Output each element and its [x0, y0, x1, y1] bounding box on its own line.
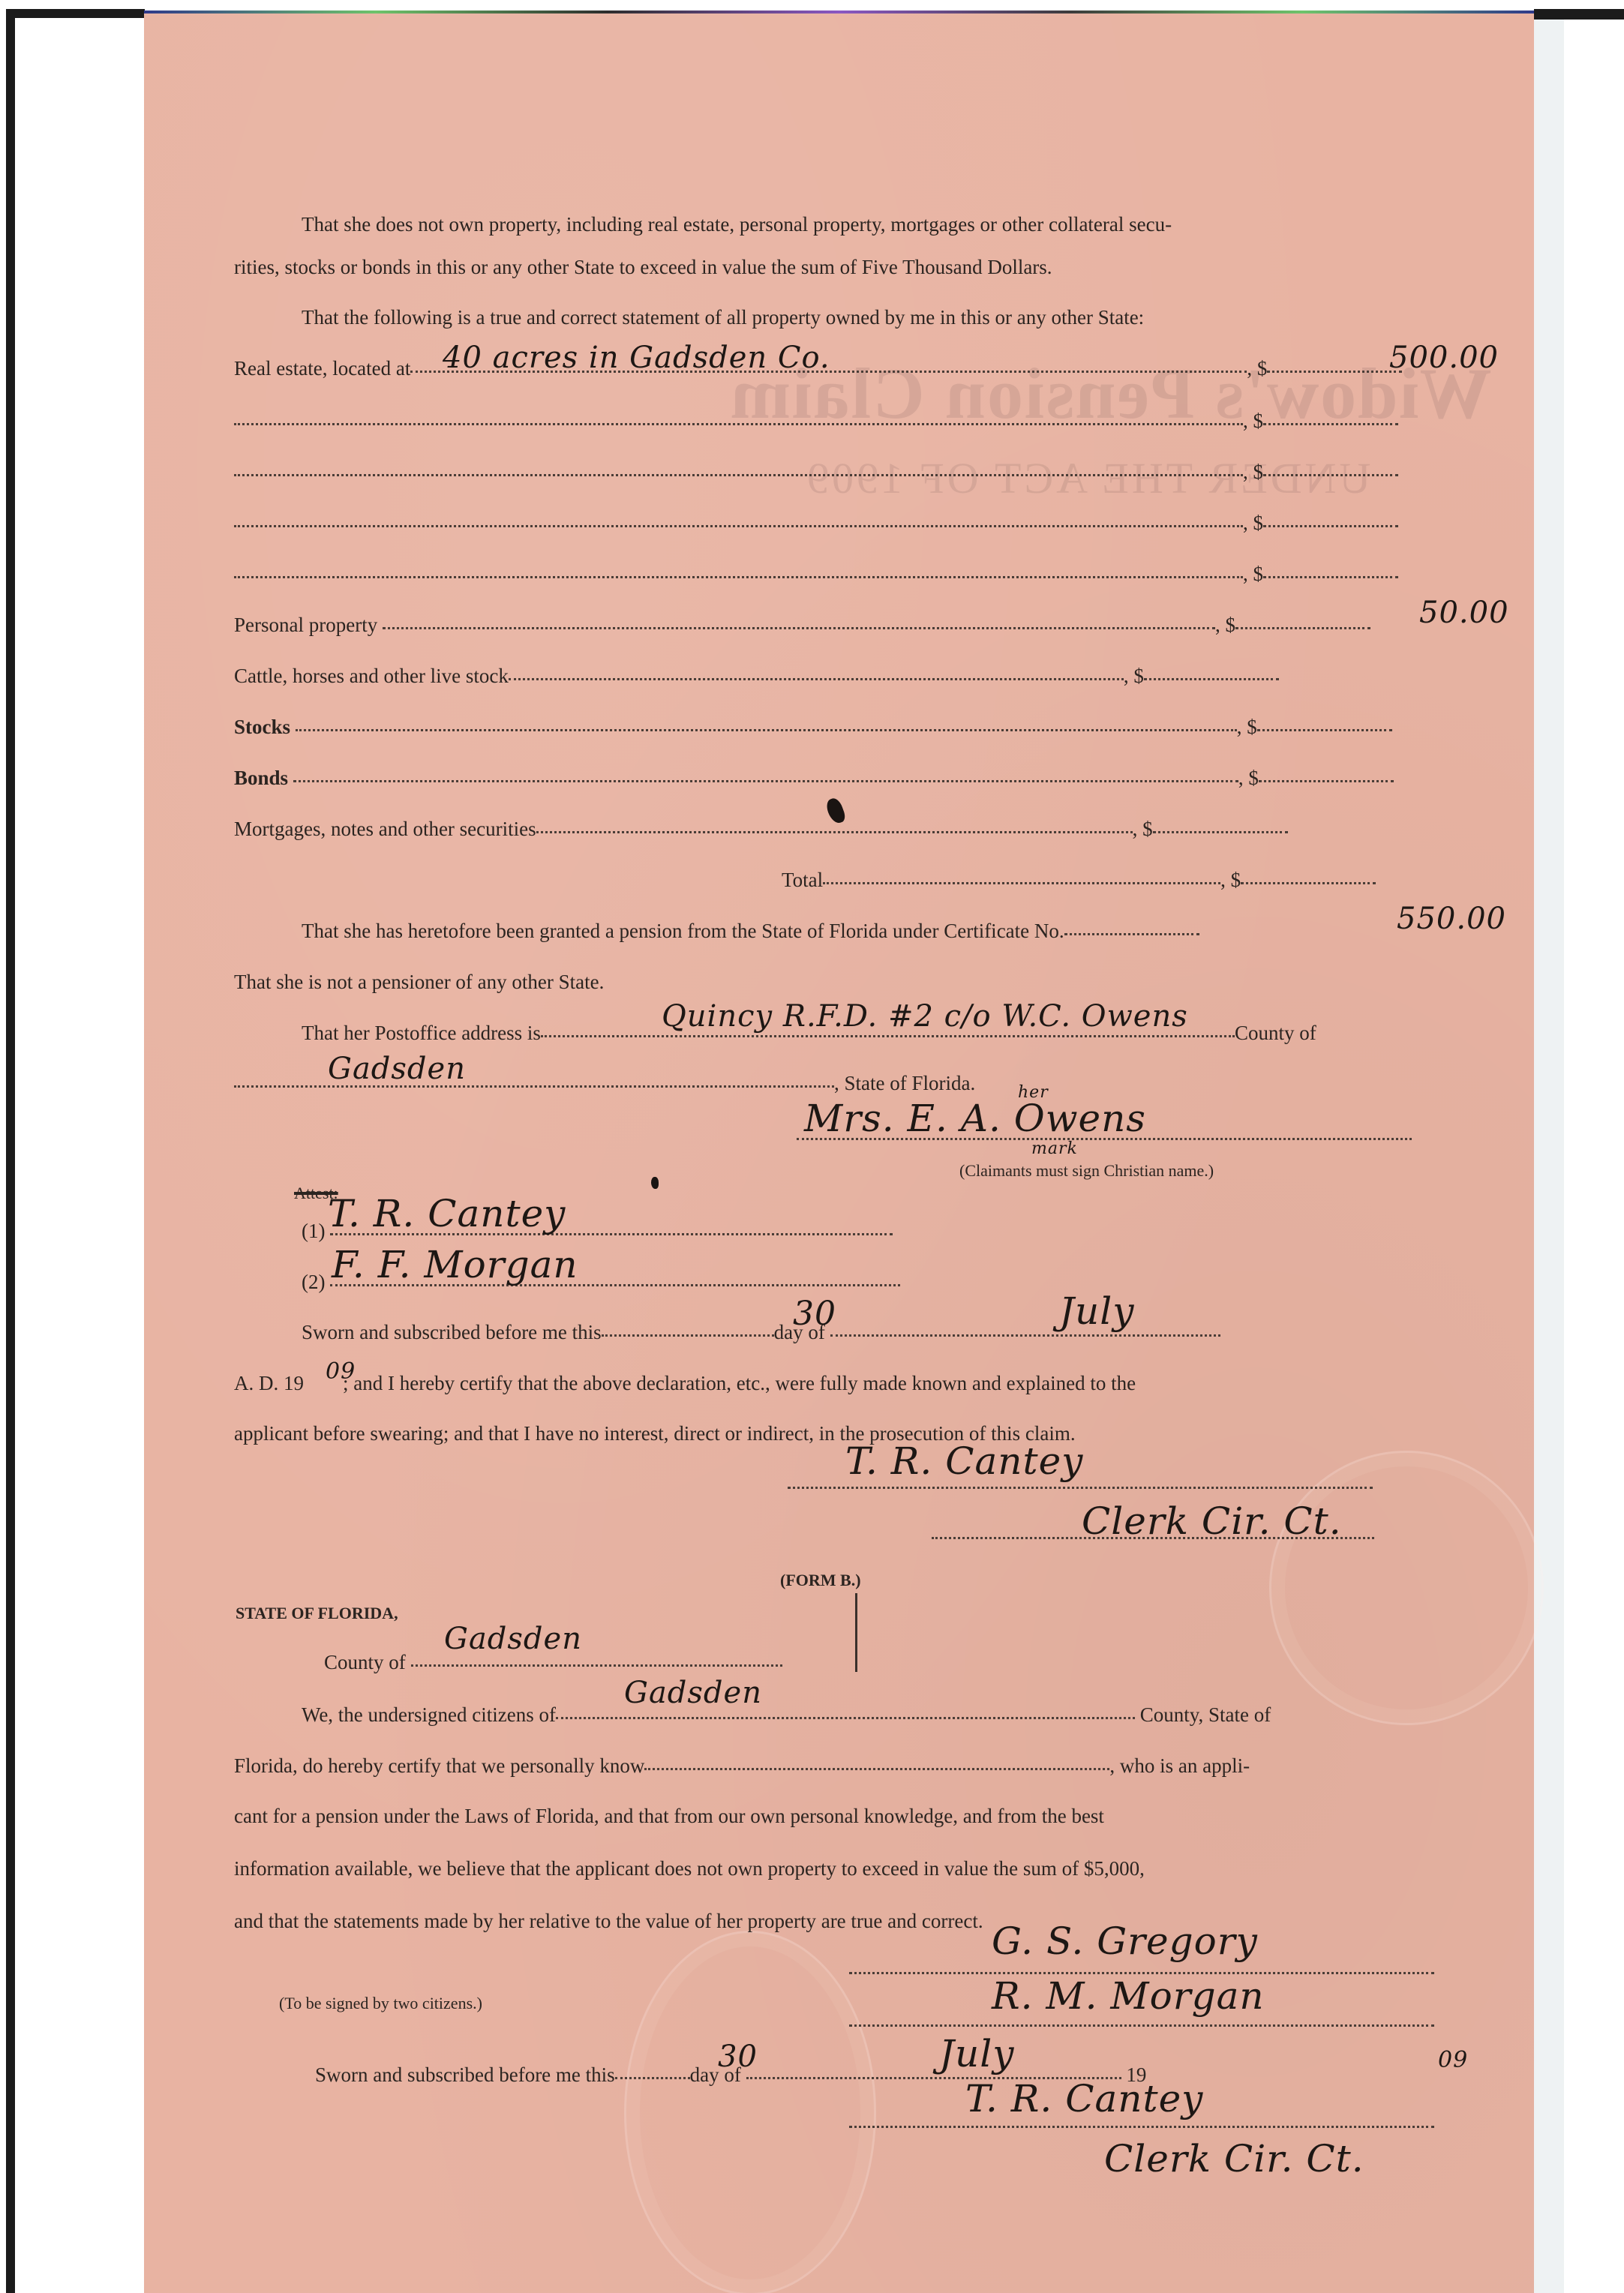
stocks-label: Stocks	[234, 716, 290, 738]
form-b-day-field[interactable]	[615, 2077, 690, 2079]
dollar-sign: $	[1142, 818, 1153, 840]
dollar-sign: $	[1257, 357, 1268, 380]
citizen-2-signature: R. M. Morgan	[992, 1974, 1265, 2018]
personal-property-value: 50.00	[1419, 596, 1509, 630]
claimant-mark-her: her	[1018, 1083, 1049, 1102]
dollar-sign: $	[1253, 563, 1264, 585]
witness-2-signature: F. F. Morgan	[332, 1243, 578, 1286]
county-of-label: County of	[1235, 1022, 1316, 1044]
witness-number: (1)	[302, 1220, 325, 1242]
blank-property-field[interactable]	[234, 525, 1243, 527]
bonds-label: Bonds	[234, 767, 288, 789]
bonds-value-field[interactable]	[1259, 780, 1394, 782]
stocks-field[interactable]	[296, 729, 1237, 731]
county-value: Gadsden	[328, 1052, 466, 1086]
total-label: Total	[782, 869, 823, 891]
form-b-year: 09	[1438, 2047, 1468, 2073]
form-b-clerk-title: Clerk Cir. Ct.	[1104, 2137, 1364, 2180]
scanner-frame-left	[6, 11, 15, 2293]
property-limit-text-line1: That she does not own property, includin…	[302, 212, 1172, 237]
witness-number: (2)	[302, 1271, 325, 1293]
blank-value-field[interactable]	[1263, 576, 1398, 578]
form-b-cert-line-4: and that the statements made by her rela…	[234, 1908, 983, 1934]
ink-blot	[651, 1177, 659, 1189]
personal-property-field[interactable]	[383, 627, 1215, 629]
sworn-text: Sworn and subscribed before me this	[302, 1321, 602, 1343]
claimant-mark-mark: mark	[1031, 1139, 1078, 1158]
form-b-cert-line-1: Florida, do hereby certify that we perso…	[234, 1753, 1250, 1778]
dollar-sign: $	[1253, 512, 1264, 534]
jurat-month: July	[1059, 1289, 1134, 1333]
certificate-text: That she has heretofore been granted a p…	[302, 920, 1064, 942]
citizens-row: We, the undersigned citizens of County, …	[302, 1702, 1271, 1727]
blank-property-row: , $	[234, 408, 1398, 434]
form-b-county-field[interactable]	[411, 1664, 782, 1667]
clerk-signature: T. R. Cantey	[845, 1439, 1083, 1483]
scanner-frame-top	[6, 9, 145, 18]
certify-text: ; and I hereby certify that the above de…	[343, 1372, 1136, 1394]
witness-1-signature: T. R. Cantey	[328, 1192, 566, 1235]
citizens-county-field[interactable]	[556, 1717, 1135, 1719]
citizens-county-value: Gadsden	[624, 1676, 762, 1710]
not-pensioner-text: That she is not a pensioner of any other…	[234, 969, 604, 995]
certificate-row: That she has heretofore been granted a p…	[302, 918, 1199, 944]
certify-line-1: A. D. 19; and I hereby certify that the …	[234, 1370, 1136, 1396]
postoffice-value: Quincy R.F.D. #2 c/o W.C. Owens	[662, 999, 1188, 1034]
mortgages-field[interactable]	[536, 831, 1133, 833]
scan-edge-artifact	[144, 11, 1534, 14]
form-b-day: 30	[718, 2039, 758, 2074]
cert-line-1a: Florida, do hereby certify that we perso…	[234, 1754, 644, 1777]
blank-property-field[interactable]	[234, 474, 1243, 476]
form-b-clerk-signature: T. R. Cantey	[965, 2077, 1203, 2120]
personal-property-label: Personal property	[234, 614, 377, 636]
stocks-row: Stocks , $	[234, 714, 1392, 740]
dollar-sign: $	[1253, 410, 1264, 432]
form-b-sworn-text: Sworn and subscribed before me this	[315, 2063, 615, 2086]
jurat-month-field[interactable]	[830, 1334, 1220, 1337]
real-estate-value-field[interactable]	[1267, 371, 1402, 373]
real-estate-location-value: 40 acres in Gadsden Co.	[443, 341, 830, 375]
state-of-florida-label: , State of Florida.	[834, 1072, 975, 1094]
state-of-florida-heading: STATE OF FLORIDA,	[236, 1601, 398, 1626]
form-b-county-value: Gadsden	[444, 1622, 582, 1656]
stocks-value-field[interactable]	[1257, 729, 1392, 731]
mortgages-value-field[interactable]	[1153, 831, 1288, 833]
dollar-sign: $	[1231, 869, 1241, 891]
dollar-sign: $	[1133, 665, 1144, 687]
bracket	[849, 1593, 857, 1672]
embossed-seal	[624, 1931, 876, 2293]
jurat-day-field[interactable]	[602, 1334, 774, 1337]
property-limit-text-line2: rities, stocks or bonds in this or any o…	[234, 254, 1052, 280]
county-field[interactable]	[234, 1085, 834, 1088]
blank-property-row: , $	[234, 459, 1398, 485]
citizen-2-field[interactable]	[849, 2024, 1434, 2027]
form-b-month: July	[939, 2032, 1014, 2075]
citizens-suffix: County, State of	[1140, 1703, 1271, 1726]
total-value-field[interactable]	[1241, 882, 1376, 884]
bonds-row: Bonds , $	[234, 765, 1394, 791]
clerk-signature-field[interactable]	[788, 1487, 1373, 1489]
property-statement-intro: That the following is a true and correct…	[302, 305, 1144, 330]
citizen-1-signature: G. S. Gregory	[992, 1919, 1258, 1963]
scanner-margin-right	[1534, 20, 1564, 2293]
dollar-sign: $	[1225, 614, 1235, 636]
two-citizens-note: (To be signed by two citizens.)	[279, 1991, 482, 2016]
postoffice-field[interactable]	[541, 1035, 1235, 1037]
form-b-heading: (FORM B.)	[780, 1568, 861, 1593]
bonds-field[interactable]	[293, 780, 1238, 782]
form-b-cert-line-3: information available, we believe that t…	[234, 1856, 1145, 1881]
form-b-cert-line-2: cant for a pension under the Laws of Flo…	[234, 1803, 1104, 1829]
form-b-county-label: County of	[324, 1651, 406, 1673]
clerk-title: Clerk Cir. Ct.	[1082, 1499, 1342, 1543]
jurat-year: 09	[326, 1358, 356, 1385]
signature-instruction: (Claimants must sign Christian name.)	[959, 1158, 1214, 1184]
blank-value-field[interactable]	[1263, 525, 1398, 527]
cert-line-1b: , who is an appli-	[1109, 1754, 1250, 1777]
real-estate-label: Real estate, located at	[234, 357, 410, 380]
certificate-no-field[interactable]	[1064, 933, 1199, 935]
blank-property-field[interactable]	[234, 576, 1243, 578]
mortgages-label: Mortgages, notes and other securities	[234, 818, 536, 840]
claimant-signature: Mrs. E. A. Owens	[804, 1097, 1146, 1140]
dollar-sign: $	[1247, 716, 1257, 738]
postoffice-label: That her Postoffice address is	[302, 1022, 541, 1044]
blank-property-row: , $	[234, 510, 1398, 536]
dollar-sign: $	[1248, 767, 1259, 789]
citizens-label: We, the undersigned citizens of	[302, 1703, 556, 1726]
jurat-day: 30	[793, 1295, 836, 1333]
form-b-clerk-field[interactable]	[849, 2126, 1434, 2128]
document-page: Widow's Pension Claim UNDER THE ACT OF 1…	[144, 11, 1534, 2293]
blank-value-field[interactable]	[1263, 474, 1398, 476]
blank-property-row: , $	[234, 561, 1398, 587]
dollar-sign: $	[1253, 461, 1264, 483]
blank-value-field[interactable]	[1263, 423, 1398, 425]
real-estate-value: 500.00	[1389, 341, 1499, 375]
applicant-name-field[interactable]	[644, 1768, 1109, 1770]
total-row: Total, $	[782, 867, 1376, 893]
personal-property-row: Personal property , $	[234, 612, 1370, 638]
blank-property-field[interactable]	[234, 423, 1243, 425]
livestock-row: Cattle, horses and other live stock, $	[234, 663, 1279, 689]
ad-label: A. D. 19	[234, 1372, 304, 1394]
livestock-field[interactable]	[509, 678, 1124, 680]
personal-property-value-field[interactable]	[1235, 627, 1370, 629]
certificate-number: 550.00	[1397, 902, 1506, 936]
livestock-label: Cattle, horses and other live stock	[234, 665, 509, 687]
scanner-frame-top-right	[1534, 9, 1624, 20]
total-field[interactable]	[823, 882, 1220, 884]
livestock-value-field[interactable]	[1144, 678, 1279, 680]
mortgages-row: Mortgages, notes and other securities, $	[234, 816, 1288, 842]
